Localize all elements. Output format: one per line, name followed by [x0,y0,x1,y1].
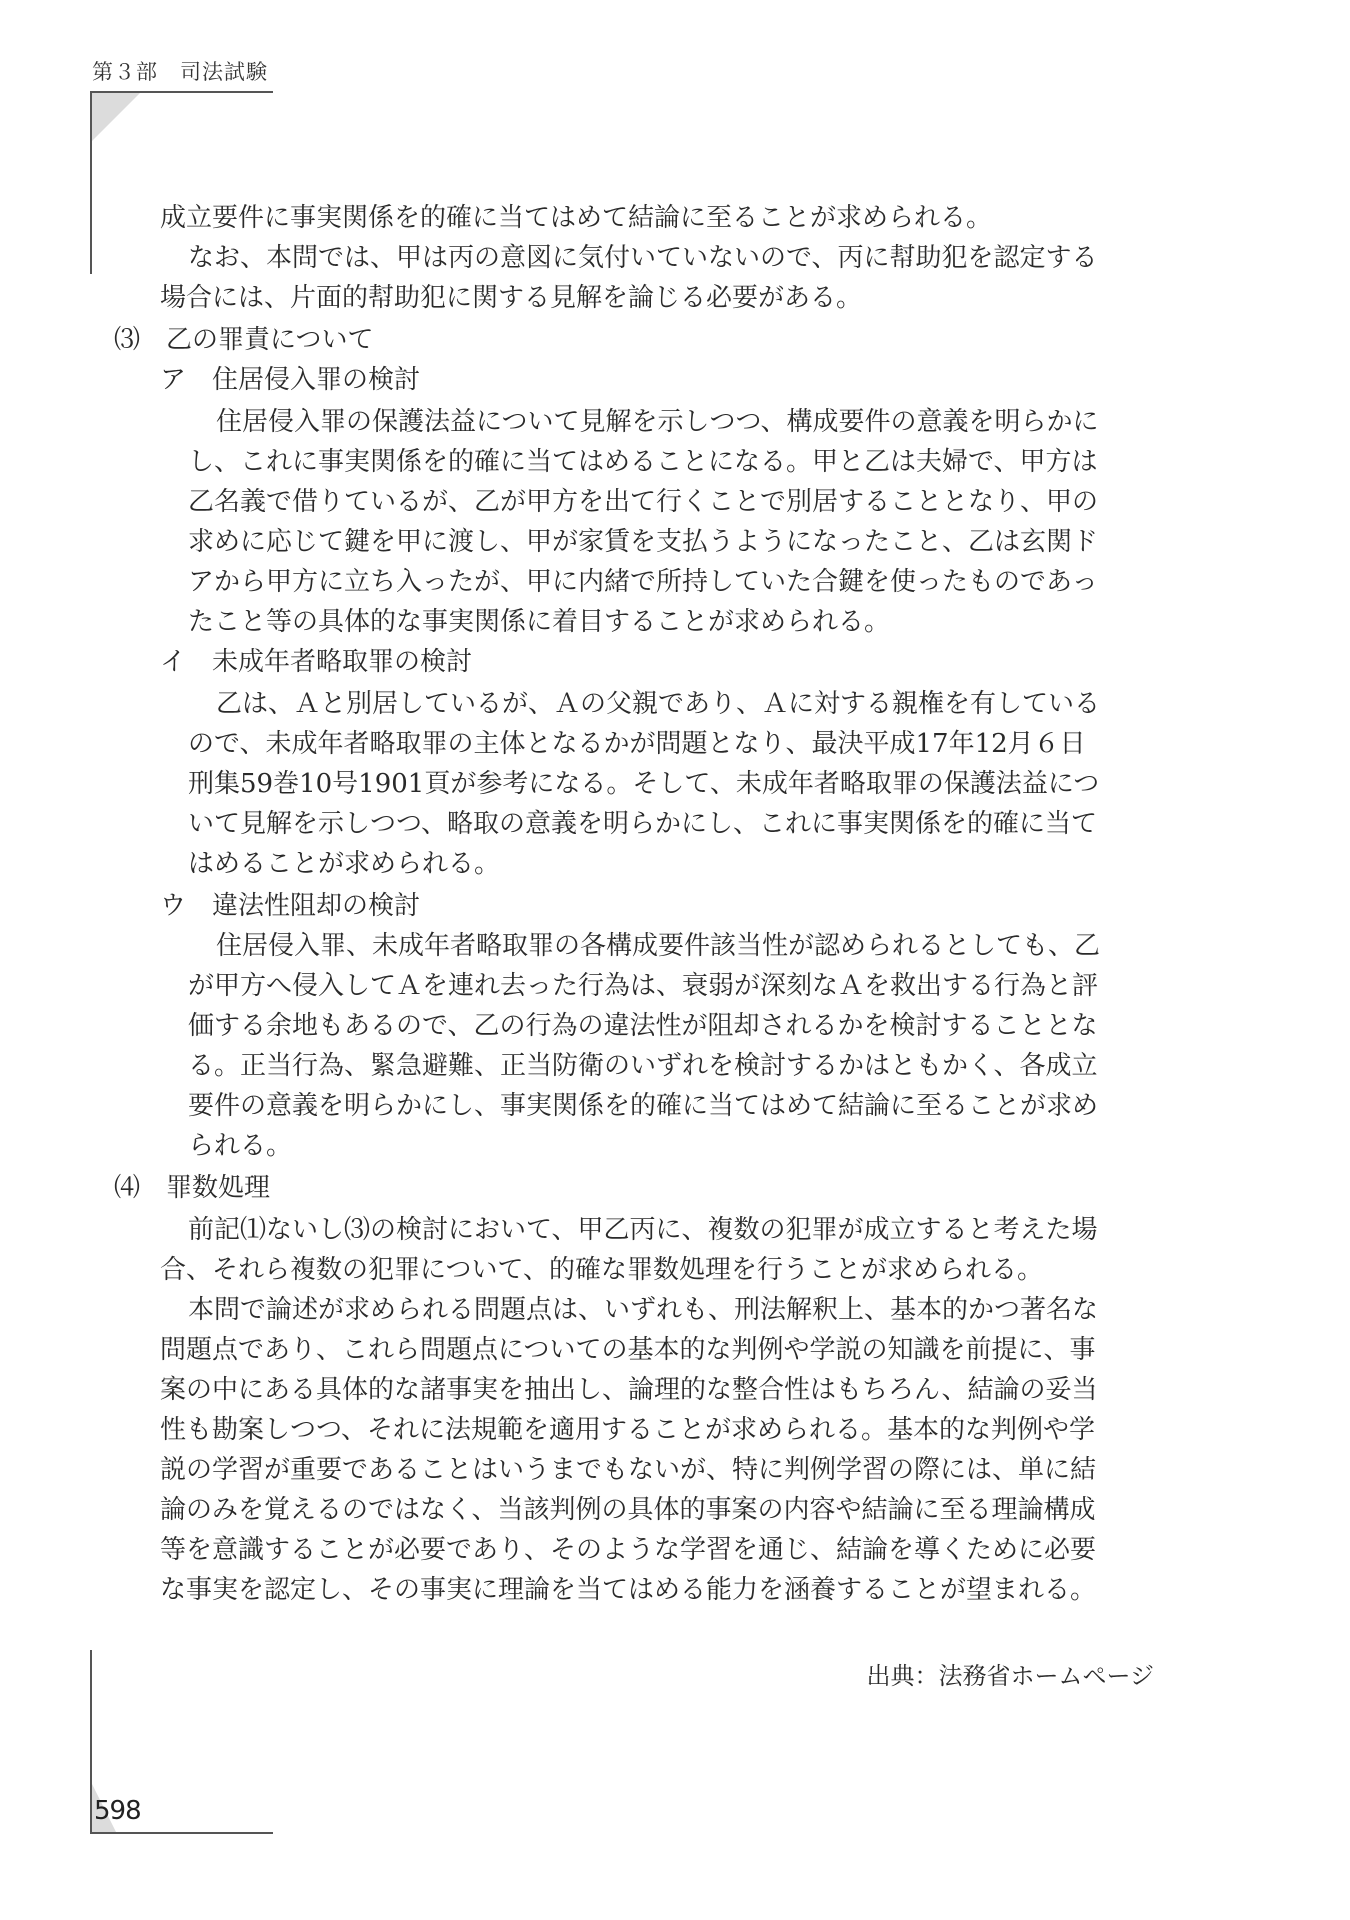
text-line: ⑶ 乙の罪責について [114,320,373,360]
text-line: ⑷ 罪数処理 [114,1168,270,1208]
text-line: たこと等の具体的な事実関係に着目することが求められる。 [188,602,890,642]
text-line: 問題点であり、これら問題点についての基本的な判例や学説の知識を前提に、事 [160,1330,1095,1370]
text-line: し、これに事実関係を的確に当てはめることになる。甲と乙は夫婦で、甲方は [188,442,1097,482]
text-line: る。正当行為、緊急避難、正当防衛のいずれを検討するかはともかく、各成立 [188,1046,1097,1086]
text-line: 案の中にある具体的な諸事実を抽出し、論理的な整合性はもちろん、結論の妥当 [160,1370,1098,1410]
text-line: 求めに応じて鍵を甲に渡し、甲が家賃を支払うようになったこと、乙は玄関ド [188,522,1098,562]
text-line: 価する余地もあるので、乙の行為の違法性が阻却されるかを検討することとな [188,1006,1097,1046]
text-line: 刑集59巻10号1901頁が参考になる。そして、未成年者略取罪の保護法益につ [188,764,1099,804]
text-line: 場合には、片面的幇助犯に関する見解を論じる必要がある。 [160,278,862,318]
text-line: はめることが求められる。 [188,844,500,884]
text-line: 住居侵入罪の保護法益について見解を示しつつ、構成要件の意義を明らかに [216,402,1098,442]
text-line: 等を意識することが必要であり、そのような学習を通じ、結論を導くために必要 [160,1530,1096,1570]
running-header: 第３部 司法試験 [92,56,268,86]
text-line: 成立要件に事実関係を的確に当てはめて結論に至ることが求められる。 [160,198,992,238]
frame-bottom-rule [90,1832,273,1834]
text-line: イ 未成年者略取罪の検討 [160,642,472,682]
source-citation: 出典：法務省ホームページ [866,1656,1154,1691]
text-line: 前記⑴ないし⑶の検討において、甲乙丙に、複数の犯罪が成立すると考えた場 [188,1210,1097,1250]
text-line: 性も勘案しつつ、それに法規範を適用することが求められる。基本的な判例や学 [160,1410,1095,1450]
text-line: 乙名義で借りているが、乙が甲方を出て行くことで別居することとなり、甲の [188,482,1098,522]
text-line: られる。 [188,1126,292,1166]
text-line: 要件の意義を明らかにし、事実関係を的確に当てはめて結論に至ることが求め [188,1086,1098,1126]
page-number: 598 [94,1796,141,1826]
text-line: 乙は、Ａと別居しているが、Ａの父親であり、Ａに対する親権を有している [216,684,1100,724]
text-line: 本問で論述が求められる問題点は、いずれも、刑法解釈上、基本的かつ著名な [188,1290,1098,1330]
text-line: アから甲方に立ち入ったが、甲に内緒で所持していた合鍵を使ったものであっ [188,562,1098,602]
text-line: ウ 違法性阻却の検討 [160,886,420,926]
text-line: な事実を認定し、その事実に理論を当てはめる能力を涵養することが望まれる。 [160,1570,1096,1610]
corner-triangle-top [92,93,140,141]
text-line: いて見解を示しつつ、略取の意義を明らかにし、これに事実関係を的確に当て [188,804,1097,844]
text-line: なお、本問では、甲は丙の意図に気付いていないので、丙に幇助犯を認定する [188,238,1097,278]
text-line: 合、それら複数の犯罪について、的確な罪数処理を行うことが求められる。 [160,1250,1043,1290]
text-line: ア 住居侵入罪の検討 [160,360,420,400]
text-line: ので、未成年者略取罪の主体となるかが問題となり、最決平成17年12月６日 [188,724,1086,764]
text-line: が甲方へ侵入してＡを連れ去った行為は、衰弱が深刻なＡを救出する行為と評 [188,966,1098,1006]
text-line: 論のみを覚えるのではなく、当該判例の具体的事案の内容や結論に至る理論構成 [160,1490,1095,1530]
text-line: 住居侵入罪、未成年者略取罪の各構成要件該当性が認められるとしても、乙 [216,926,1100,966]
text-line: 説の学習が重要であることはいうまでもないが、特に判例学習の際には、単に結 [160,1450,1096,1490]
